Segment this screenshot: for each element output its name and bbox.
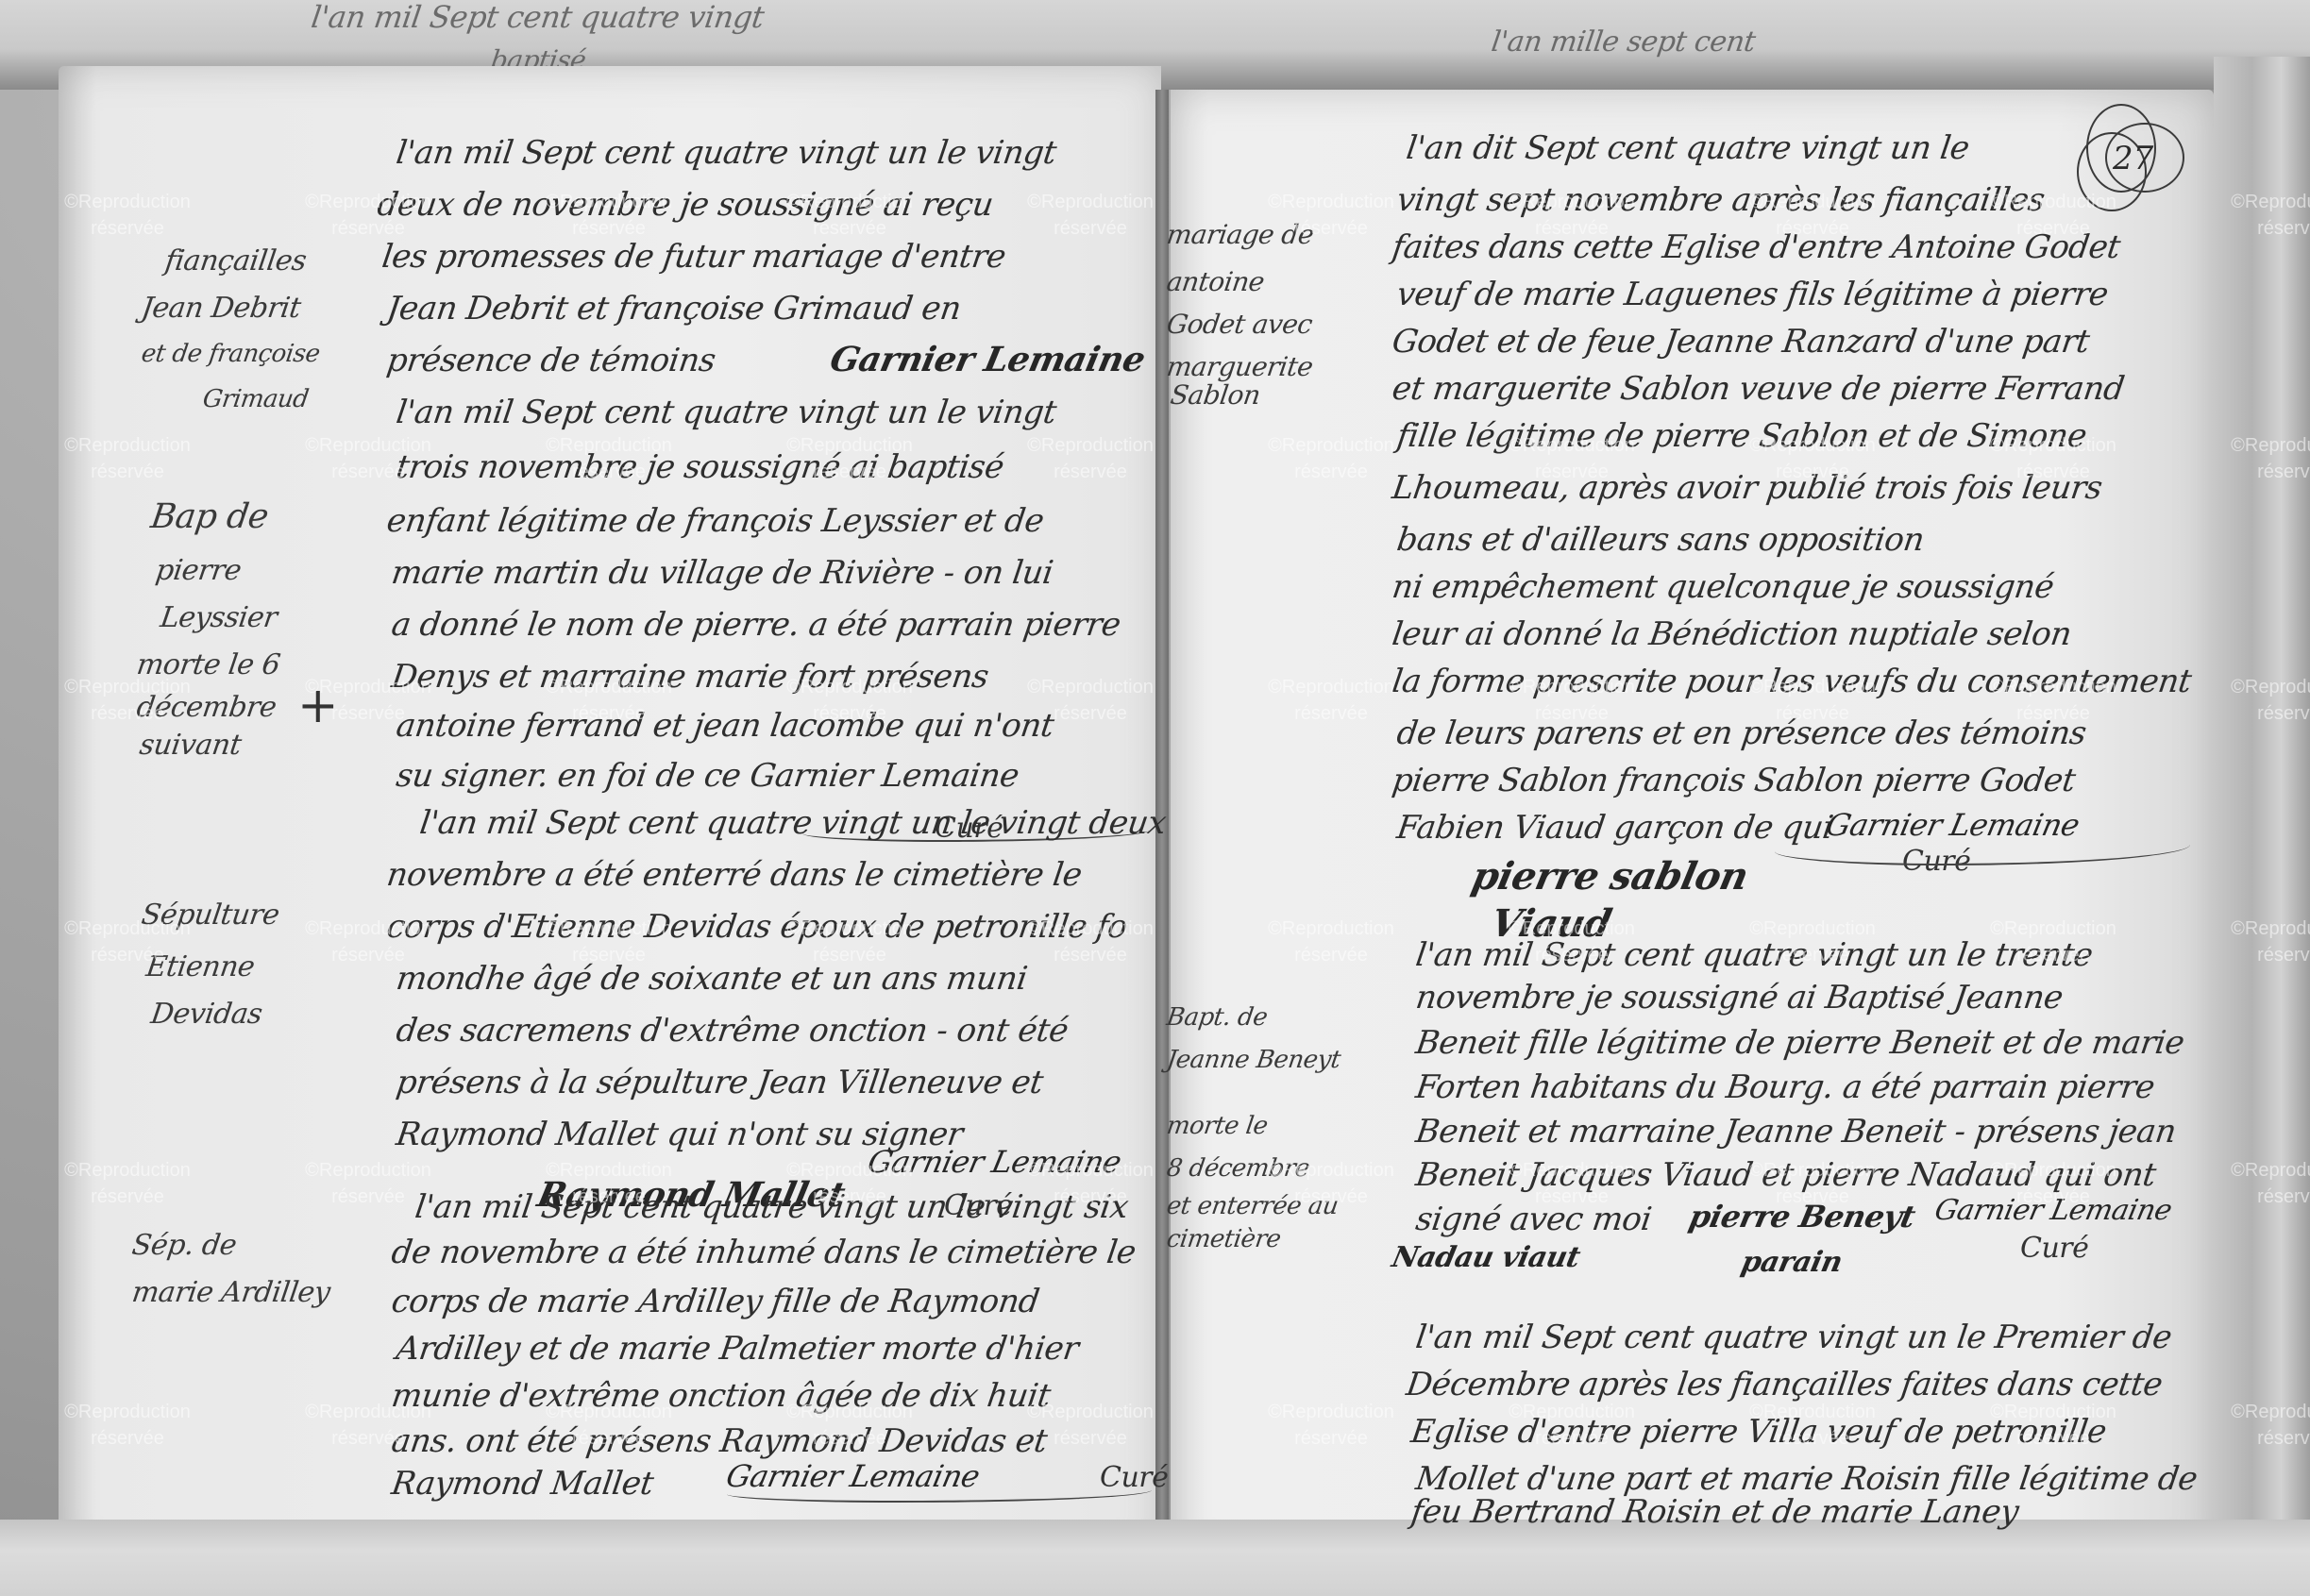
entry-line: feu Bertrand Roisin et de marie Laney	[1409, 1496, 2021, 1528]
margin-note: et enterrée au	[1165, 1194, 1340, 1218]
margin-note: Sép. de	[130, 1232, 238, 1260]
margin-note: marie Ardilley	[130, 1279, 331, 1307]
margin-note: Godet avec	[1165, 311, 1314, 338]
margin-note: morte le	[1165, 1114, 1269, 1138]
entry-line: Beneit et marraine Jeanne Beneit - prése…	[1414, 1116, 2179, 1148]
entry-line: l'an mil Sept cent quatre vingt un le vi…	[395, 396, 1058, 428]
entry-line: Raymond Mallet	[390, 1468, 655, 1500]
signature: pierre sablon	[1468, 854, 1752, 899]
margin-note: Sablon	[1169, 382, 1262, 409]
signature: pierre Beneyt	[1686, 1199, 1918, 1235]
entry-line: deux de novembre je soussigné ai reçu	[376, 189, 996, 221]
entry-line: signé avec moi	[1414, 1203, 1654, 1235]
margin-note: morte le 6	[135, 651, 281, 680]
entry-line: Eglise d'entre pierre Villa veuf de petr…	[1409, 1416, 2109, 1448]
entry-line: Godet et de feue Jeanne Ranzard d'une pa…	[1391, 326, 2092, 358]
entry-line: antoine ferrand et jean lacombe qui n'on…	[395, 710, 1056, 742]
entry-line: l'an mil Sept cent quatre vingt un le vi…	[395, 137, 1058, 169]
entry-line: de novembre a été inhumé dans le cimetiè…	[390, 1236, 1138, 1268]
strip-text-right: l'an mille sept cent	[1490, 28, 1757, 57]
signature: Nadau viaut	[1389, 1241, 1582, 1274]
entry-line: Décembre après les fiançailles faites da…	[1405, 1369, 2165, 1401]
entry-line: des sacremens d'extrême onction - ont ét…	[395, 1015, 1071, 1047]
entry-line: novembre a été enterré dans le cimetière…	[385, 859, 1084, 891]
margin-note: et de françoise	[140, 342, 321, 366]
entry-line: Lhoumeau, après avoir publié trois fois …	[1391, 472, 2104, 504]
entry-line: Fabien Viaud garçon de qui	[1395, 812, 1835, 844]
entry-line: l'an mil Sept cent quatre vingt un le vi…	[413, 1191, 1131, 1223]
strip-text-left: l'an mil Sept cent quatre vingt	[310, 2, 766, 32]
entry-line: bans et d'ailleurs sans opposition	[1395, 524, 1927, 556]
entry-line: Denys et marraine marie fort présens	[390, 661, 990, 693]
entry-line: Mollet d'une part et marie Roisin fille …	[1414, 1463, 2200, 1495]
margin-note: pierre	[154, 557, 243, 585]
margin-note: Jean Debrit	[140, 294, 302, 323]
entry-line: et marguerite Sablon veuve de pierre Fer…	[1391, 373, 2127, 405]
entry-line: munie d'extrême onction âgée de dix huit	[390, 1380, 1053, 1412]
cure-label: Curé	[2020, 1232, 2088, 1265]
entry-line: su signer. en foi de ce Garnier Lemaine	[395, 760, 1021, 792]
entry-line: de leurs parens et en présence des témoi…	[1395, 717, 2088, 749]
margin-note: Etienne	[144, 953, 256, 982]
entry-line: Forten habitans du Bourg. a été parrain …	[1414, 1071, 2157, 1103]
signature: parain	[1738, 1246, 1845, 1279]
entry-line: les promesses de futur mariage d'entre	[380, 241, 1008, 273]
margin-note: fiançailles	[163, 247, 308, 276]
margin-note: cimetière	[1165, 1227, 1282, 1252]
death-cross-icon: +	[297, 678, 339, 734]
margin-note: Jeanne Beneyt	[1165, 1048, 1341, 1072]
signature: Garnier Lemaine	[827, 340, 1149, 379]
entry-line: présens à la sépulture Jean Villeneuve e…	[395, 1067, 1045, 1099]
page-number-stamp: 27	[2077, 104, 2181, 217]
entry-line: corps de marie Ardilley fille de Raymond	[390, 1285, 1041, 1318]
margin-note: marguerite	[1165, 354, 1314, 380]
margin-note: suivant	[138, 731, 243, 760]
margin-note: Grimaud	[201, 387, 310, 412]
entry-line: présence de témoins	[385, 344, 717, 377]
margin-note: Bap de	[148, 500, 270, 534]
entry-line: marie martin du village de Rivière - on …	[390, 557, 1055, 589]
entry-line: l'an mil Sept cent quatre vingt un le Pr…	[1414, 1321, 2174, 1353]
entry-line: ni empêchement quelconque je soussigné	[1391, 571, 2056, 603]
book-edge-right	[2214, 57, 2310, 1596]
signature: Garnier Lemaine	[865, 1144, 1124, 1180]
margin-note: Bapt. de	[1165, 1005, 1269, 1030]
margin-note: antoine	[1165, 269, 1266, 295]
entry-line: Jean Debrit et françoise Grimaud en	[385, 293, 963, 325]
page-number: 27	[2113, 140, 2153, 177]
entry-line: l'an mil Sept cent quatre vingt un le vi…	[418, 807, 1169, 839]
entry-line: a donné le nom de pierre. a été parrain …	[390, 609, 1122, 641]
entry-line: Beneit Jacques Viaud et pierre Nadaud qu…	[1414, 1159, 2158, 1191]
entry-line: l'an mil Sept cent quatre vingt un le tr…	[1414, 939, 2095, 971]
book-gutter	[1155, 90, 1169, 1596]
entry-line: vingt sept novembre après les fiançaille…	[1395, 184, 2047, 216]
margin-note: décembre	[135, 694, 278, 722]
entry-line: mondhe âgé de soixante et un ans muni	[395, 963, 1029, 995]
margin-note: mariage de	[1165, 222, 1315, 248]
entry-line: pierre Sablon françois Sablon pierre God…	[1391, 764, 2078, 797]
entry-line: fille légitime de pierre Sablon et de Si…	[1395, 420, 2089, 452]
entry-line: leur ai donné la Bénédiction nuptiale se…	[1391, 618, 2074, 650]
entry-line: trois novembre je soussigné ai baptisé	[395, 451, 1006, 483]
entry-line: novembre je soussigné ai Baptisé Jeanne	[1414, 982, 2066, 1014]
entry-line: corps d'Etienne Devidas époux de petroni…	[385, 911, 1129, 943]
entry-line: faites dans cette Eglise d'entre Antoine…	[1391, 231, 2122, 263]
entry-line: enfant légitime de françois Leyssier et …	[385, 505, 1046, 537]
signature: Garnier Lemaine	[1931, 1194, 2174, 1227]
entry-line: veuf de marie Laguenes fils légitime à p…	[1395, 278, 2110, 311]
entry-line: ans. ont été présens Raymond Devidas et	[390, 1425, 1050, 1457]
book-edge-bottom	[0, 1520, 2310, 1596]
entry-line: la forme prescrite pour les veufs du con…	[1391, 665, 2194, 697]
entry-line: Beneit fille légitime de pierre Beneit e…	[1414, 1027, 2186, 1059]
entry-line: Ardilley et de marie Palmetier morte d'h…	[395, 1333, 1081, 1365]
margin-note: Leyssier	[159, 604, 278, 632]
entry-line: l'an dit Sept cent quatre vingt un le	[1405, 132, 1971, 164]
margin-note: 8 décembre	[1165, 1156, 1311, 1181]
margin-note: Sépulture	[140, 901, 281, 930]
margin-note: Devidas	[149, 1000, 264, 1029]
